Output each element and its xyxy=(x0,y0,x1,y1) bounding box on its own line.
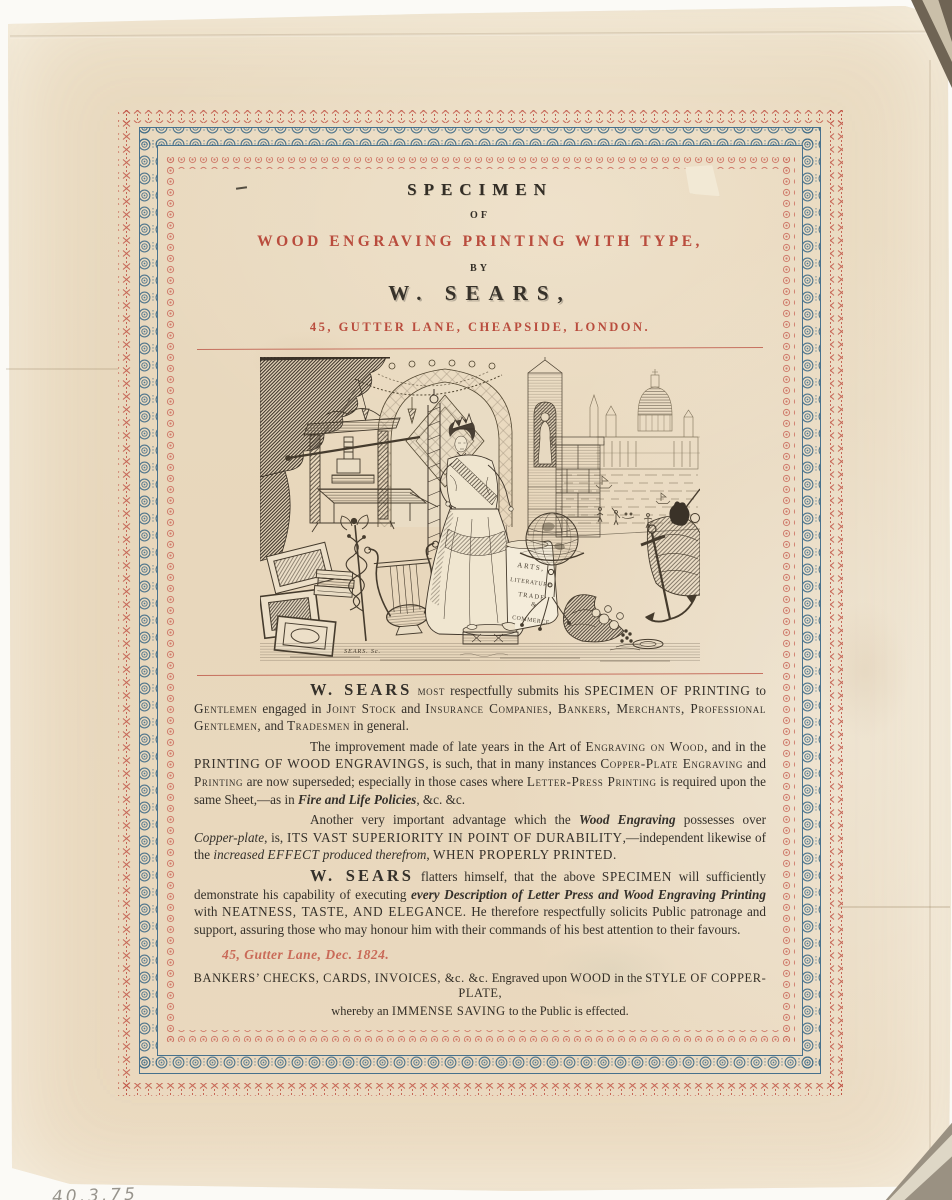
statue-niche xyxy=(528,357,562,535)
by-label: BY xyxy=(176,263,784,274)
cornucopia xyxy=(563,595,663,650)
paragraph-1: W. SEARS most respectfully submits his S… xyxy=(194,681,766,735)
picture-frames xyxy=(260,542,355,656)
vignette-illustration: ARTS, LITERATURE TRADE & COMMERCE xyxy=(260,357,700,667)
footer-line-1: BANKERS’ CHECKS, CARDS, INVOICES, &c. &c… xyxy=(176,971,784,1001)
pencil-accession-note: 40.3.75 xyxy=(52,1185,139,1200)
printed-content: SPECIMEN OF WOOD ENGRAVING PRINTING WITH… xyxy=(176,170,784,1019)
paragraph-3: Another very important advantage which t… xyxy=(194,811,766,864)
books xyxy=(314,570,355,598)
paragraph-4: W. SEARS flatters himself, that the abov… xyxy=(194,867,766,938)
curtain xyxy=(260,357,390,561)
st-pauls-cathedral xyxy=(590,369,700,469)
printer-name: W. SEARS, xyxy=(176,281,784,306)
dateline: 45, Gutter Lane, Dec. 1824. xyxy=(222,947,784,963)
engraver-signature: SEARS. Sc. xyxy=(344,648,381,655)
scanned-specimen-sheet: SPECIMEN OF WOOD ENGRAVING PRINTING WITH… xyxy=(0,0,952,1200)
face xyxy=(455,436,467,452)
body-text: W. SEARS most respectfully submits his S… xyxy=(194,681,766,938)
red-rule-bottom xyxy=(197,673,763,676)
printer-address: 45, GUTTER LANE, CHEAPSIDE, LONDON. xyxy=(176,320,784,335)
cat-silhouette xyxy=(669,501,689,525)
paragraph-2: The improvement made of late years in th… xyxy=(194,738,766,808)
main-title: WOOD ENGRAVING PRINTING WITH TYPE, xyxy=(176,233,784,251)
boats xyxy=(596,476,670,519)
red-rule-top xyxy=(197,347,763,350)
footer-line-2: whereby an IMMENSE SAVING to the Public … xyxy=(176,1004,784,1019)
of-label: OF xyxy=(176,210,784,221)
ground xyxy=(260,643,700,661)
ship-prow xyxy=(647,489,700,596)
